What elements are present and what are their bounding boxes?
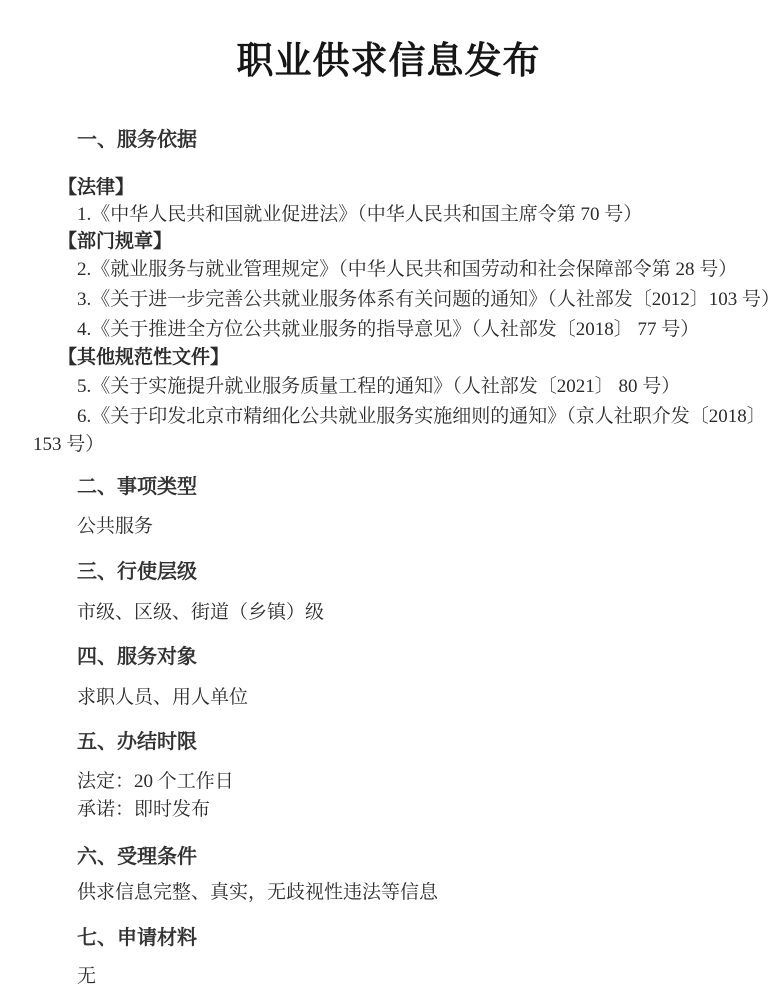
law-item-4: 4.《关于推进全方位公共就业服务的指导意见》（人社部发〔2018〕 77 号） [77,316,744,344]
section-heading-completion-time: 五、办结时限 [77,729,744,755]
acceptance-conditions-body: 供求信息完整、真实，无歧视性违法等信息 [77,879,744,907]
section-heading-exercise-level: 三、行使层级 [77,559,744,585]
document-title: 职业供求信息发布 [33,40,744,84]
completion-time-promised: 承诺：即时发布 [77,796,744,824]
law-item-5: 5.《关于实施提升就业服务质量工程的通知》（人社部发〔2021〕 80 号） [77,373,744,401]
application-materials-body: 无 [77,963,744,991]
document-page: 职业供求信息发布 一、服务依据 【法律】 1.《中华人民共和国就业促进法》（中华… [0,0,774,1004]
law-item-1: 1.《中华人民共和国就业促进法》（中华人民共和国主席令第 70 号） [77,201,744,229]
group-label-department-rules: 【部门规章】 [58,230,744,254]
item-type-body: 公共服务 [77,513,744,541]
section-heading-item-type: 二、事项类型 [77,474,744,500]
law-item-2: 2.《就业服务与就业管理规定》（中华人民共和国劳动和社会保障部令第 28 号） [77,256,744,284]
law-item-6-line1: 6.《关于印发北京市精细化公共就业服务实施细则的通知》（京人社职介发〔2018〕 [77,403,744,431]
group-label-law: 【法律】 [58,176,744,200]
section-heading-application-materials: 七、申请材料 [77,925,744,951]
group-label-other-normative-docs: 【其他规范性文件】 [58,346,744,370]
exercise-level-body: 市级、区级、街道（乡镇）级 [77,599,744,627]
completion-time-statutory: 法定：20 个工作日 [77,768,744,796]
law-item-3: 3.《关于进一步完善公共就业服务体系有关问题的通知》（人社部发〔2012〕103… [77,286,744,314]
section-heading-service-target: 四、服务对象 [77,644,744,670]
section-heading-acceptance-conditions: 六、受理条件 [77,844,744,870]
section-heading-service-basis: 一、服务依据 [77,127,744,153]
law-item-6-line2: 153 号） [33,431,744,459]
service-target-body: 求职人员、用人单位 [77,684,744,712]
